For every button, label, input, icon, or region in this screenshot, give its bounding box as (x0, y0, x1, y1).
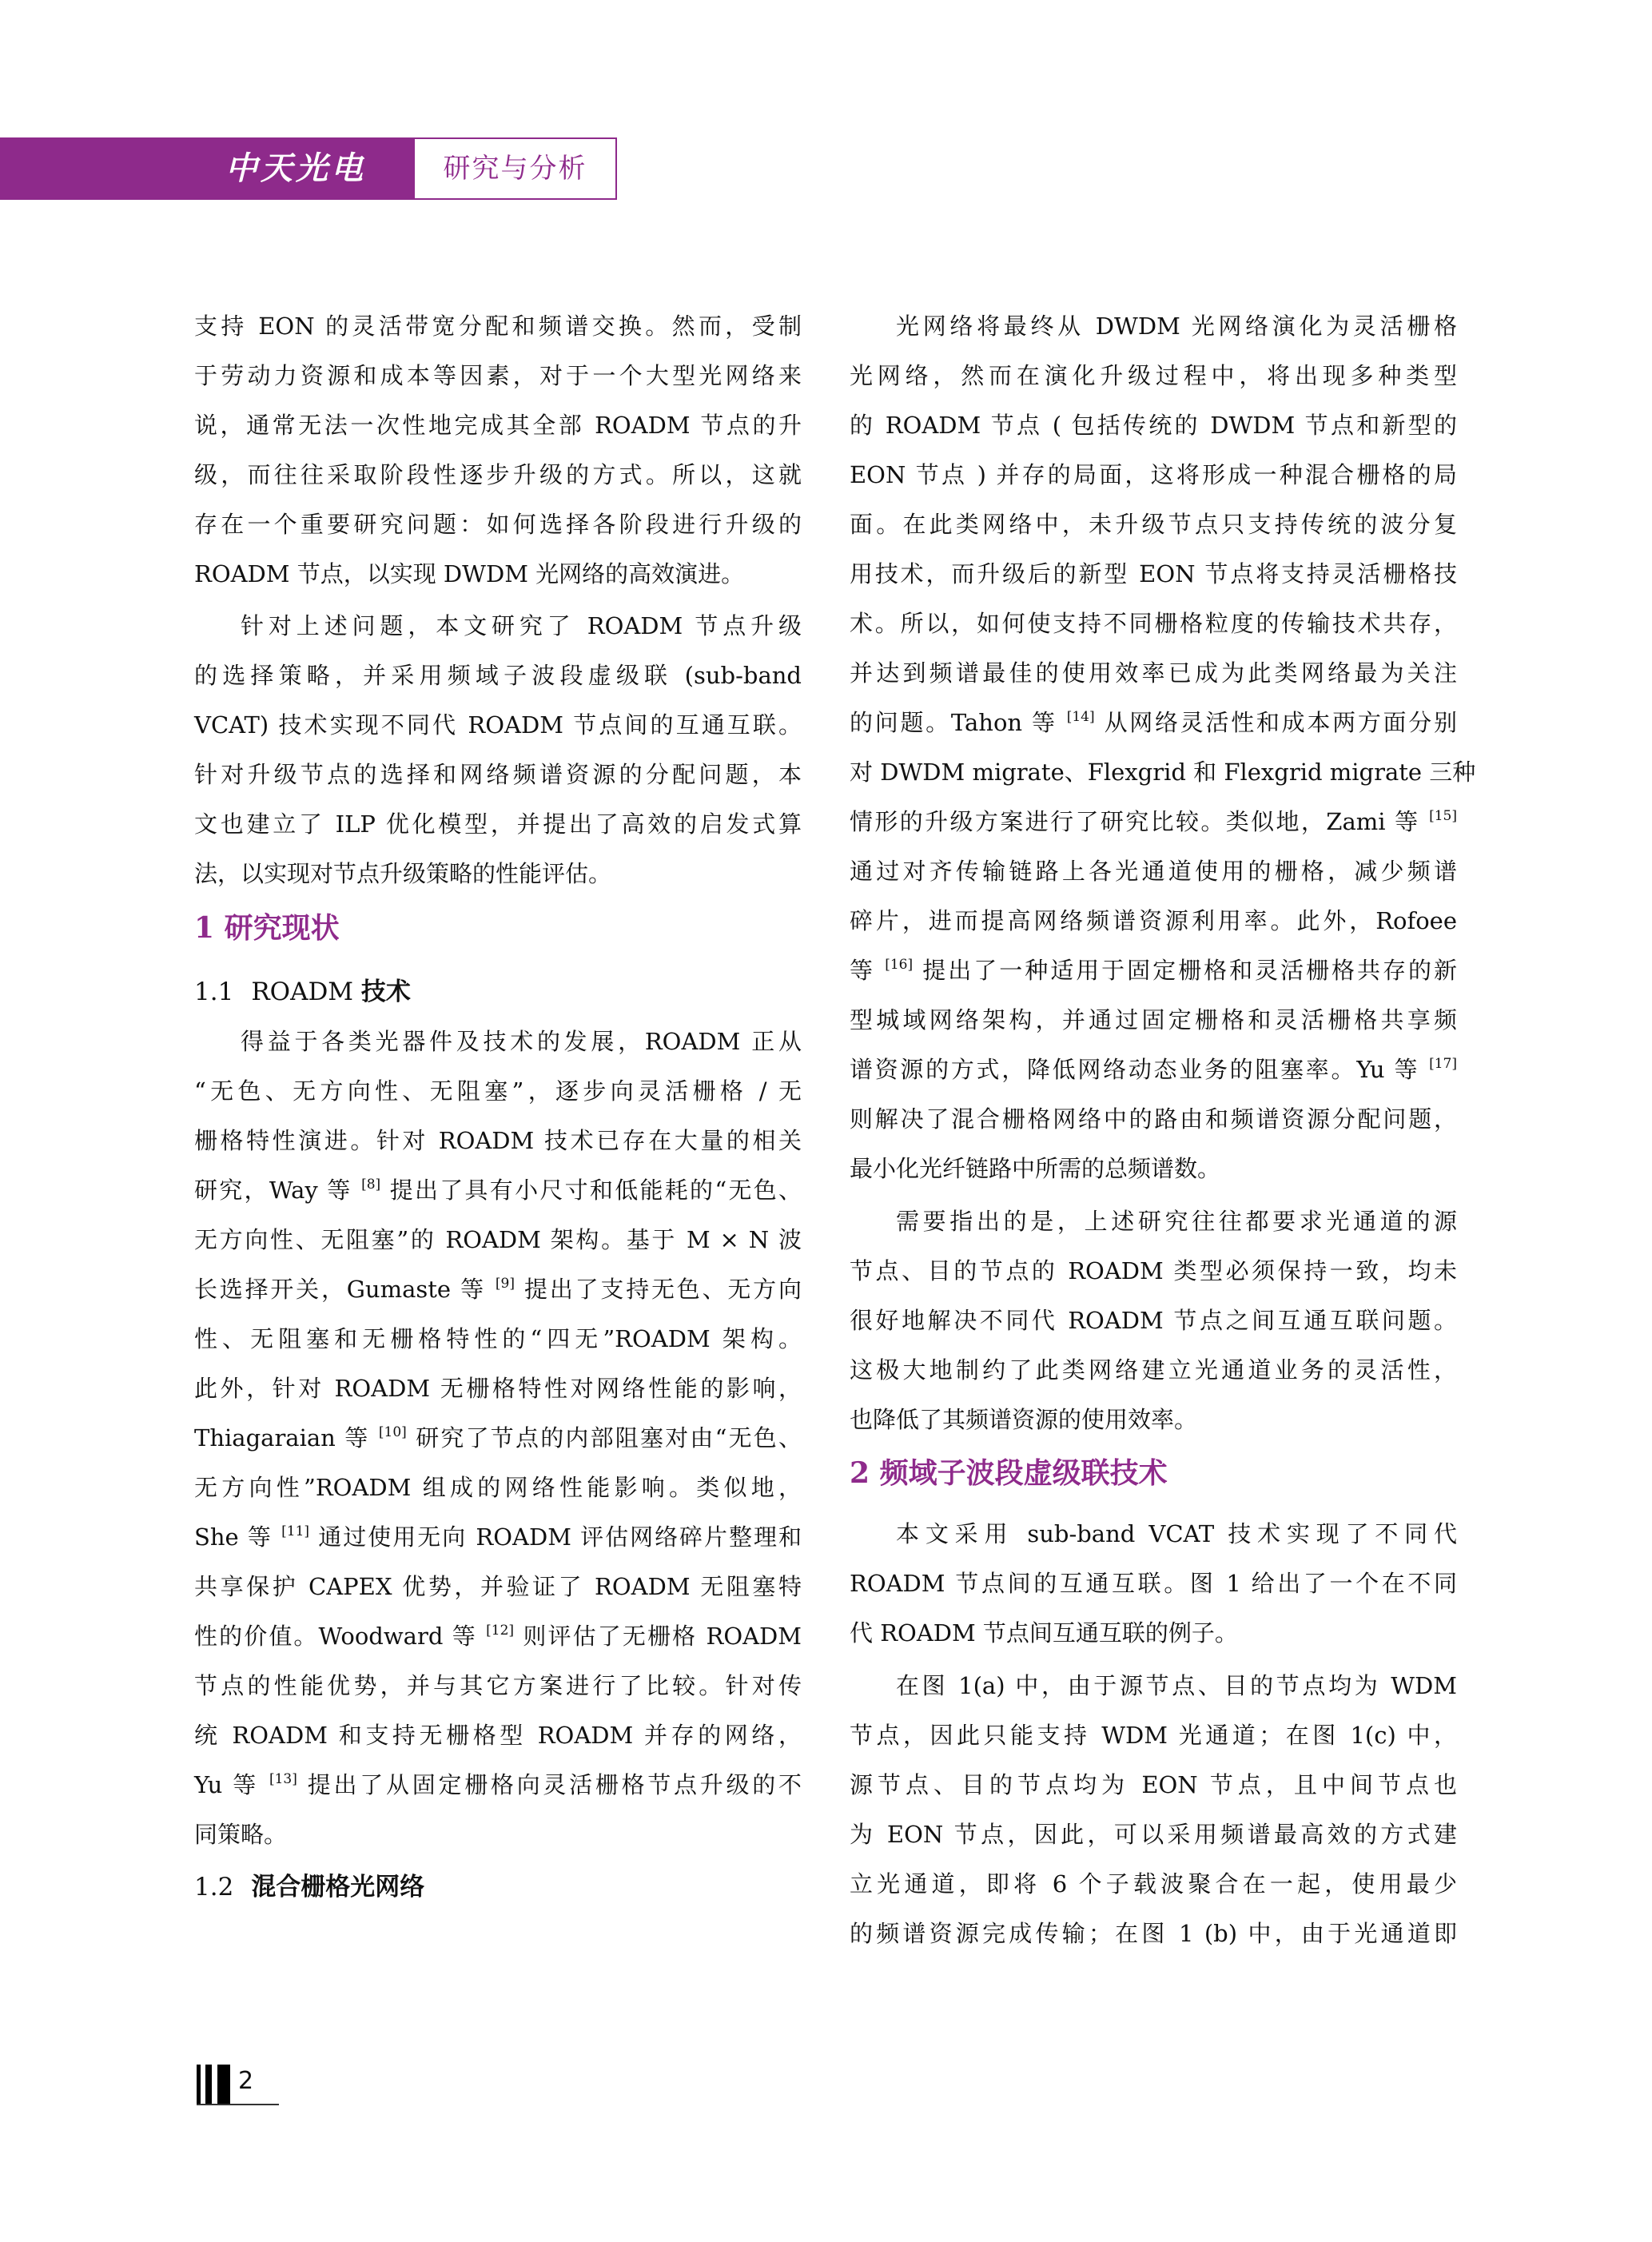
line-text: 提出了从固定栅格向灵活栅格节点升级的不 (308, 1771, 802, 1798)
paragraph-line: 需要指出的是，上述研究往往都要求光通道的源 (896, 1197, 1457, 1246)
subsection-number: 1.2 (194, 1873, 233, 1902)
paragraph-line: 对 DWDM migrate、Flexgrid 和 Flexgrid migra… (850, 747, 1457, 797)
line-text: She 等 (194, 1523, 273, 1551)
section-heading-2: 2 频域子波段虚级联技术 (850, 1448, 1168, 1498)
paragraph-line: 面。在此类网络中，未升级节点只支持传统的波分复 (850, 500, 1457, 549)
paragraph-line: “无色、无方向性、无阻塞”，逐步向灵活栅格 / 无 (194, 1066, 802, 1116)
paragraph-line: 针对上述问题，本文研究了 ROADM 节点升级 (241, 601, 802, 651)
paragraph-line: 针对升级节点的选择和网络频谱资源的分配问题，本 (194, 750, 802, 799)
citation-ref[interactable]: [9] (496, 1276, 515, 1292)
paragraph-line: 情形的升级方案进行了研究比较。类似地，Zami 等 [15] (850, 797, 1457, 846)
paragraph-line: 光网络将最终从 DWDM 光网络演化为灵活栅格 (896, 301, 1457, 351)
line-text: 等 (850, 957, 875, 984)
paragraph-line: 并达到频谱最佳的使用效率已成为此类网络最为关注 (850, 648, 1457, 698)
line-text: 研究，Way 等 (194, 1177, 352, 1204)
footer-rule (197, 2104, 279, 2105)
paragraph-line: 立光通道，即将 6 个子载波聚合在一起，使用最少 (850, 1859, 1457, 1909)
line-text: 性的价值。Woodward 等 (194, 1623, 477, 1650)
paragraph-line: 长选择开关，Gumaste 等 [9] 提出了支持无色、无方向 (194, 1264, 802, 1314)
paragraph-line: 性的价值。Woodward 等 [12] 则评估了无栅格 ROADM (194, 1611, 802, 1661)
paragraph-line: VCAT) 技术实现不同代 ROADM 节点间的互通互联。 (194, 700, 802, 750)
paragraph-line: 存在一个重要研究问题：如何选择各阶段进行升级的 (194, 500, 802, 549)
paragraph-line: 型城域网络架构，并通过固定栅格和灵活栅格共享频 (850, 995, 1457, 1045)
paragraph-line: 于劳动力资源和成本等因素，对于一个大型光网络来 (194, 351, 802, 400)
paragraph-line: 无方向性”ROADM 组成的网络性能影响。类似地， (194, 1463, 802, 1512)
paragraph-line: 研究，Way 等 [8] 提出了具有小尺寸和低能耗的“无色、 (194, 1165, 802, 1215)
subsection-heading-1-1: 1.1ROADM 技术 (194, 967, 411, 1017)
paragraph-line: 的问题。Tahon 等 [14] 从网络灵活性和成本两方面分别 (850, 698, 1457, 747)
paragraph-line: 也降低了其频谱资源的使用效率。 (850, 1395, 1457, 1444)
citation-ref[interactable]: [12] (486, 1623, 514, 1639)
citation-ref[interactable]: [16] (885, 957, 913, 973)
citation-ref[interactable]: [17] (1429, 1056, 1457, 1072)
line-text: 提出了具有小尺寸和低能耗的“无色、 (390, 1177, 802, 1204)
line-text: 研究了节点的内部阻塞对由“无色、 (416, 1424, 802, 1452)
paragraph-line: 支持 EON 的灵活带宽分配和频谱交换。然而，受制 (194, 301, 802, 351)
paragraph-line: 在图 1(a) 中，由于源节点、目的节点均为 WDM (896, 1661, 1457, 1710)
paragraph-line: ROADM 节点间的互通互联。图 1 给出了一个在不同 (850, 1559, 1457, 1608)
paragraph-line: ROADM 节点，以实现 DWDM 光网络的高效演进。 (194, 549, 802, 599)
paragraph-line: 代 ROADM 节点间互通互联的例子。 (850, 1608, 1457, 1658)
citation-ref[interactable]: [14] (1067, 709, 1095, 725)
citation-ref[interactable]: [13] (269, 1771, 297, 1787)
section-label: 研究与分析 (415, 139, 615, 198)
paragraph-line: 同策略。 (194, 1810, 802, 1859)
paragraph-line: 的频谱资源完成传输；在图 1 (b) 中，由于光通道即 (850, 1909, 1457, 1958)
paragraph-line: 统 ROADM 和支持无栅格型 ROADM 并存的网络， (194, 1710, 802, 1760)
paragraph-line: Yu 等 [13] 提出了从固定栅格向灵活栅格节点升级的不 (194, 1760, 802, 1810)
paragraph-line: 文也建立了 ILP 优化模型，并提出了高效的启发式算 (194, 799, 802, 849)
paragraph-line: 碎片，进而提高网络频谱资源利用率。此外，Rofoee (850, 896, 1457, 946)
citation-ref[interactable]: [15] (1429, 808, 1457, 824)
paragraph-line: 的 ROADM 节点 ( 包括传统的 DWDM 节点和新型的 (850, 400, 1457, 450)
paragraph-line: 源节点、目的节点均为 EON 节点，且中间节点也 (850, 1760, 1457, 1810)
line-text: 从网络灵活性和成本两方面分别 (1105, 709, 1457, 736)
citation-ref[interactable]: [11] (281, 1523, 309, 1539)
paragraph-line: 术。所以，如何使支持不同栅格粒度的传输技术共存， (850, 599, 1457, 648)
line-text: 的问题。Tahon 等 (850, 709, 1057, 736)
subsection-number: 1.1 (194, 978, 233, 1006)
paragraph-line: 说，通常无法一次性地完成其全部 ROADM 节点的升 (194, 400, 802, 450)
subsection-heading-1-2: 1.2混合栅格光网络 (194, 1862, 424, 1912)
line-text: 通过使用无向 ROADM 评估网络碎片整理和 (318, 1523, 802, 1551)
paragraph-line: 则解决了混合栅格网络中的路由和频谱资源分配问题， (850, 1094, 1457, 1144)
paragraph-line: 性、无阻塞和无栅格特性的“四无”ROADM 架构。 (194, 1314, 802, 1364)
paragraph-line: Thiagaraian 等 [10] 研究了节点的内部阻塞对由“无色、 (194, 1413, 802, 1463)
subsection-title-zh: 混合栅格光网络 (251, 1873, 424, 1902)
paragraph-line: 为 EON 节点，因此，可以采用频谱最高效的方式建 (850, 1810, 1457, 1859)
line-text: 提出了支持无色、无方向 (524, 1276, 802, 1303)
paragraph-line: 无方向性、无阻塞”的 ROADM 架构。基于 M × N 波 (194, 1215, 802, 1264)
line-text: Yu 等 (194, 1771, 259, 1798)
line-text: 提出了一种适用于固定栅格和灵活栅格共存的新 (922, 957, 1457, 984)
section-label-box: 研究与分析 (413, 137, 617, 200)
citation-ref[interactable]: [8] (361, 1177, 380, 1193)
line-text: 谱资源的方式，降低网络动态业务的阻塞率。Yu 等 (850, 1056, 1419, 1083)
paragraph-line: 本文采用 sub-band VCAT 技术实现了不同代 (896, 1509, 1457, 1559)
paragraph-line: She 等 [11] 通过使用无向 ROADM 评估网络碎片整理和 (194, 1512, 802, 1562)
line-text: 情形的升级方案进行了研究比较。类似地，Zami 等 (850, 808, 1420, 835)
section-heading-1: 1 研究现状 (194, 903, 340, 953)
paragraph-line: 共享保护 CAPEX 优势，并验证了 ROADM 无阻塞特 (194, 1562, 802, 1611)
subsection-title-en: ROADM (251, 978, 353, 1006)
paragraph-line: 得益于各类光器件及技术的发展，ROADM 正从 (241, 1017, 802, 1066)
line-text: 则评估了无栅格 ROADM (523, 1623, 802, 1650)
page-number: 2 (238, 2065, 253, 2098)
line-text: 长选择开关，Gumaste 等 (194, 1276, 486, 1303)
paragraph-line: 级，而往往采取阶段性逐步升级的方式。所以，这就 (194, 450, 802, 500)
paragraph-line: 法，以实现对节点升级策略的性能评估。 (194, 849, 802, 898)
paragraph-line: 通过对齐传输链路上各光通道使用的栅格，减少频谱 (850, 846, 1457, 896)
paragraph-line: 光网络，然而在演化升级过程中，将出现多种类型 (850, 351, 1457, 400)
citation-ref[interactable]: [10] (379, 1424, 407, 1440)
paragraph-line: 节点，因此只能支持 WDM 光通道；在图 1(c) 中， (850, 1710, 1457, 1760)
paragraph-line: EON 节点 ) 并存的局面，这将形成一种混合栅格的局 (850, 450, 1457, 500)
line-text: Thiagaraian 等 (194, 1424, 369, 1452)
paragraph-line: 的选择策略，并采用频域子波段虚级联 (sub-band (194, 651, 802, 700)
paragraph-line: 栅格特性演进。针对 ROADM 技术已存在大量的相关 (194, 1116, 802, 1165)
subsection-title-zh: 技术 (361, 978, 411, 1006)
paragraph-line: 这极大地制约了此类网络建立光通道业务的灵活性， (850, 1345, 1457, 1395)
paragraph-line: 很好地解决不同代 ROADM 节点之间互通互联问题。 (850, 1296, 1457, 1345)
journal-logo: 中天光电 (225, 144, 377, 193)
paragraph-line: 用技术，而升级后的新型 EON 节点将支持灵活栅格技 (850, 549, 1457, 599)
paragraph-line: 此外，针对 ROADM 无栅格特性对网络性能的影响， (194, 1364, 802, 1413)
paragraph-line: 谱资源的方式，降低网络动态业务的阻塞率。Yu 等 [17] (850, 1045, 1457, 1094)
paragraph-line: 节点的性能优势，并与其它方案进行了比较。针对传 (194, 1661, 802, 1710)
paragraph-line: 节点、目的节点的 ROADM 类型必须保持一致，均未 (850, 1246, 1457, 1296)
paragraph-line: 等 [16] 提出了一种适用于固定栅格和灵活栅格共存的新 (850, 946, 1457, 995)
paragraph-line: 最小化光纤链路中所需的总频谱数。 (850, 1144, 1457, 1193)
page-number-bars-icon (197, 2065, 230, 2105)
